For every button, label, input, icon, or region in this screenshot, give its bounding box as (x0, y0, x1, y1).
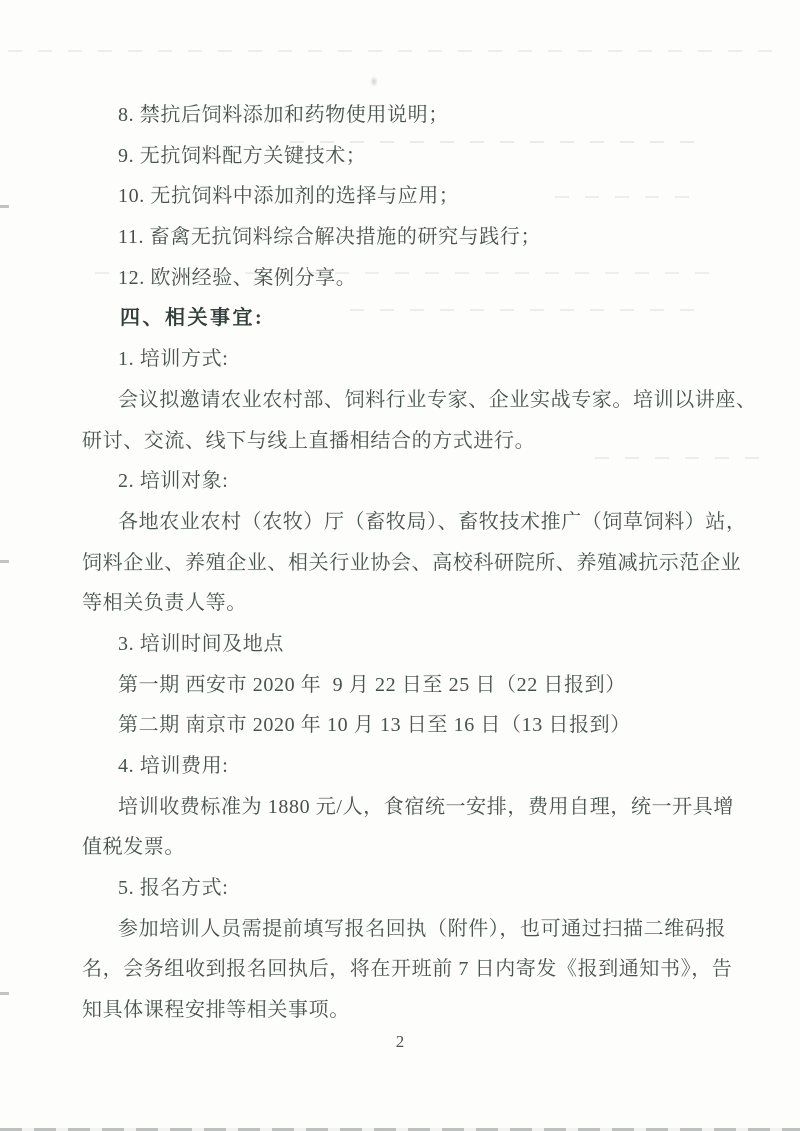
scan-artifact (370, 76, 378, 87)
text-line: 知具体课程安排等相关事项。 (82, 990, 722, 1031)
text-line: 2. 培训对象: (82, 461, 722, 502)
text-line: 各地农业农村（农牧）厅（畜牧局）、畜牧技术推广（饲草饲料）站， (82, 502, 722, 543)
text-line: 第一期 西安市 2020 年 9 月 22 日至 25 日（22 日报到） (82, 665, 722, 706)
text-line: 四、相关事宜: (82, 298, 722, 339)
text-line: 4. 培训费用: (82, 746, 722, 787)
text-line: 1. 培训方式: (82, 339, 722, 380)
text-line: 第二期 南京市 2020 年 10 月 13 日至 16 日（13 日报到） (82, 705, 722, 746)
document-body: 8. 禁抗后饲料添加和药物使用说明；9. 无抗饲料配方关键技术；10. 无抗饲料… (82, 95, 722, 1031)
text-line: 12. 欧洲经验、案例分享。 (82, 258, 722, 299)
text-line: 名，会务组收到报名回执后，将在开班前 7 日内寄发《报到通知书》，告 (82, 949, 722, 990)
text-line: 9. 无抗饲料配方关键技术； (82, 136, 722, 177)
scan-artifact (0, 992, 9, 995)
text-line: 等相关负责人等。 (82, 583, 722, 624)
text-line: 研讨、交流、线下与线上直播相结合的方式进行。 (82, 421, 722, 462)
scan-artifact (8, 50, 778, 52)
page-number: 2 (0, 1031, 800, 1053)
text-line: 5. 报名方式: (82, 868, 722, 909)
text-line: 会议拟邀请农业农村部、饲料行业专家、企业实战专家。培训以讲座、 (82, 380, 722, 421)
scan-artifact (0, 560, 9, 563)
text-line: 饲料企业、养殖企业、相关行业协会、高校科研院所、养殖减抗示范企业 (82, 543, 722, 584)
scan-artifact (0, 205, 9, 208)
text-line: 培训收费标准为 1880 元/人，食宿统一安排，费用自理，统一开具增 (82, 787, 722, 828)
text-line: 参加培训人员需提前填写报名回执（附件），也可通过扫描二维码报 (82, 909, 722, 950)
text-line: 10. 无抗饲料中添加剂的选择与应用； (82, 176, 722, 217)
text-line: 值税发票。 (82, 827, 722, 868)
scanned-document-page: 8. 禁抗后饲料添加和药物使用说明；9. 无抗饲料配方关键技术；10. 无抗饲料… (0, 0, 800, 1131)
text-line: 11. 畜禽无抗饲料综合解决措施的研究与践行； (82, 217, 722, 258)
text-line: 8. 禁抗后饲料添加和药物使用说明； (82, 95, 722, 136)
text-line: 3. 培训时间及地点 (82, 624, 722, 665)
